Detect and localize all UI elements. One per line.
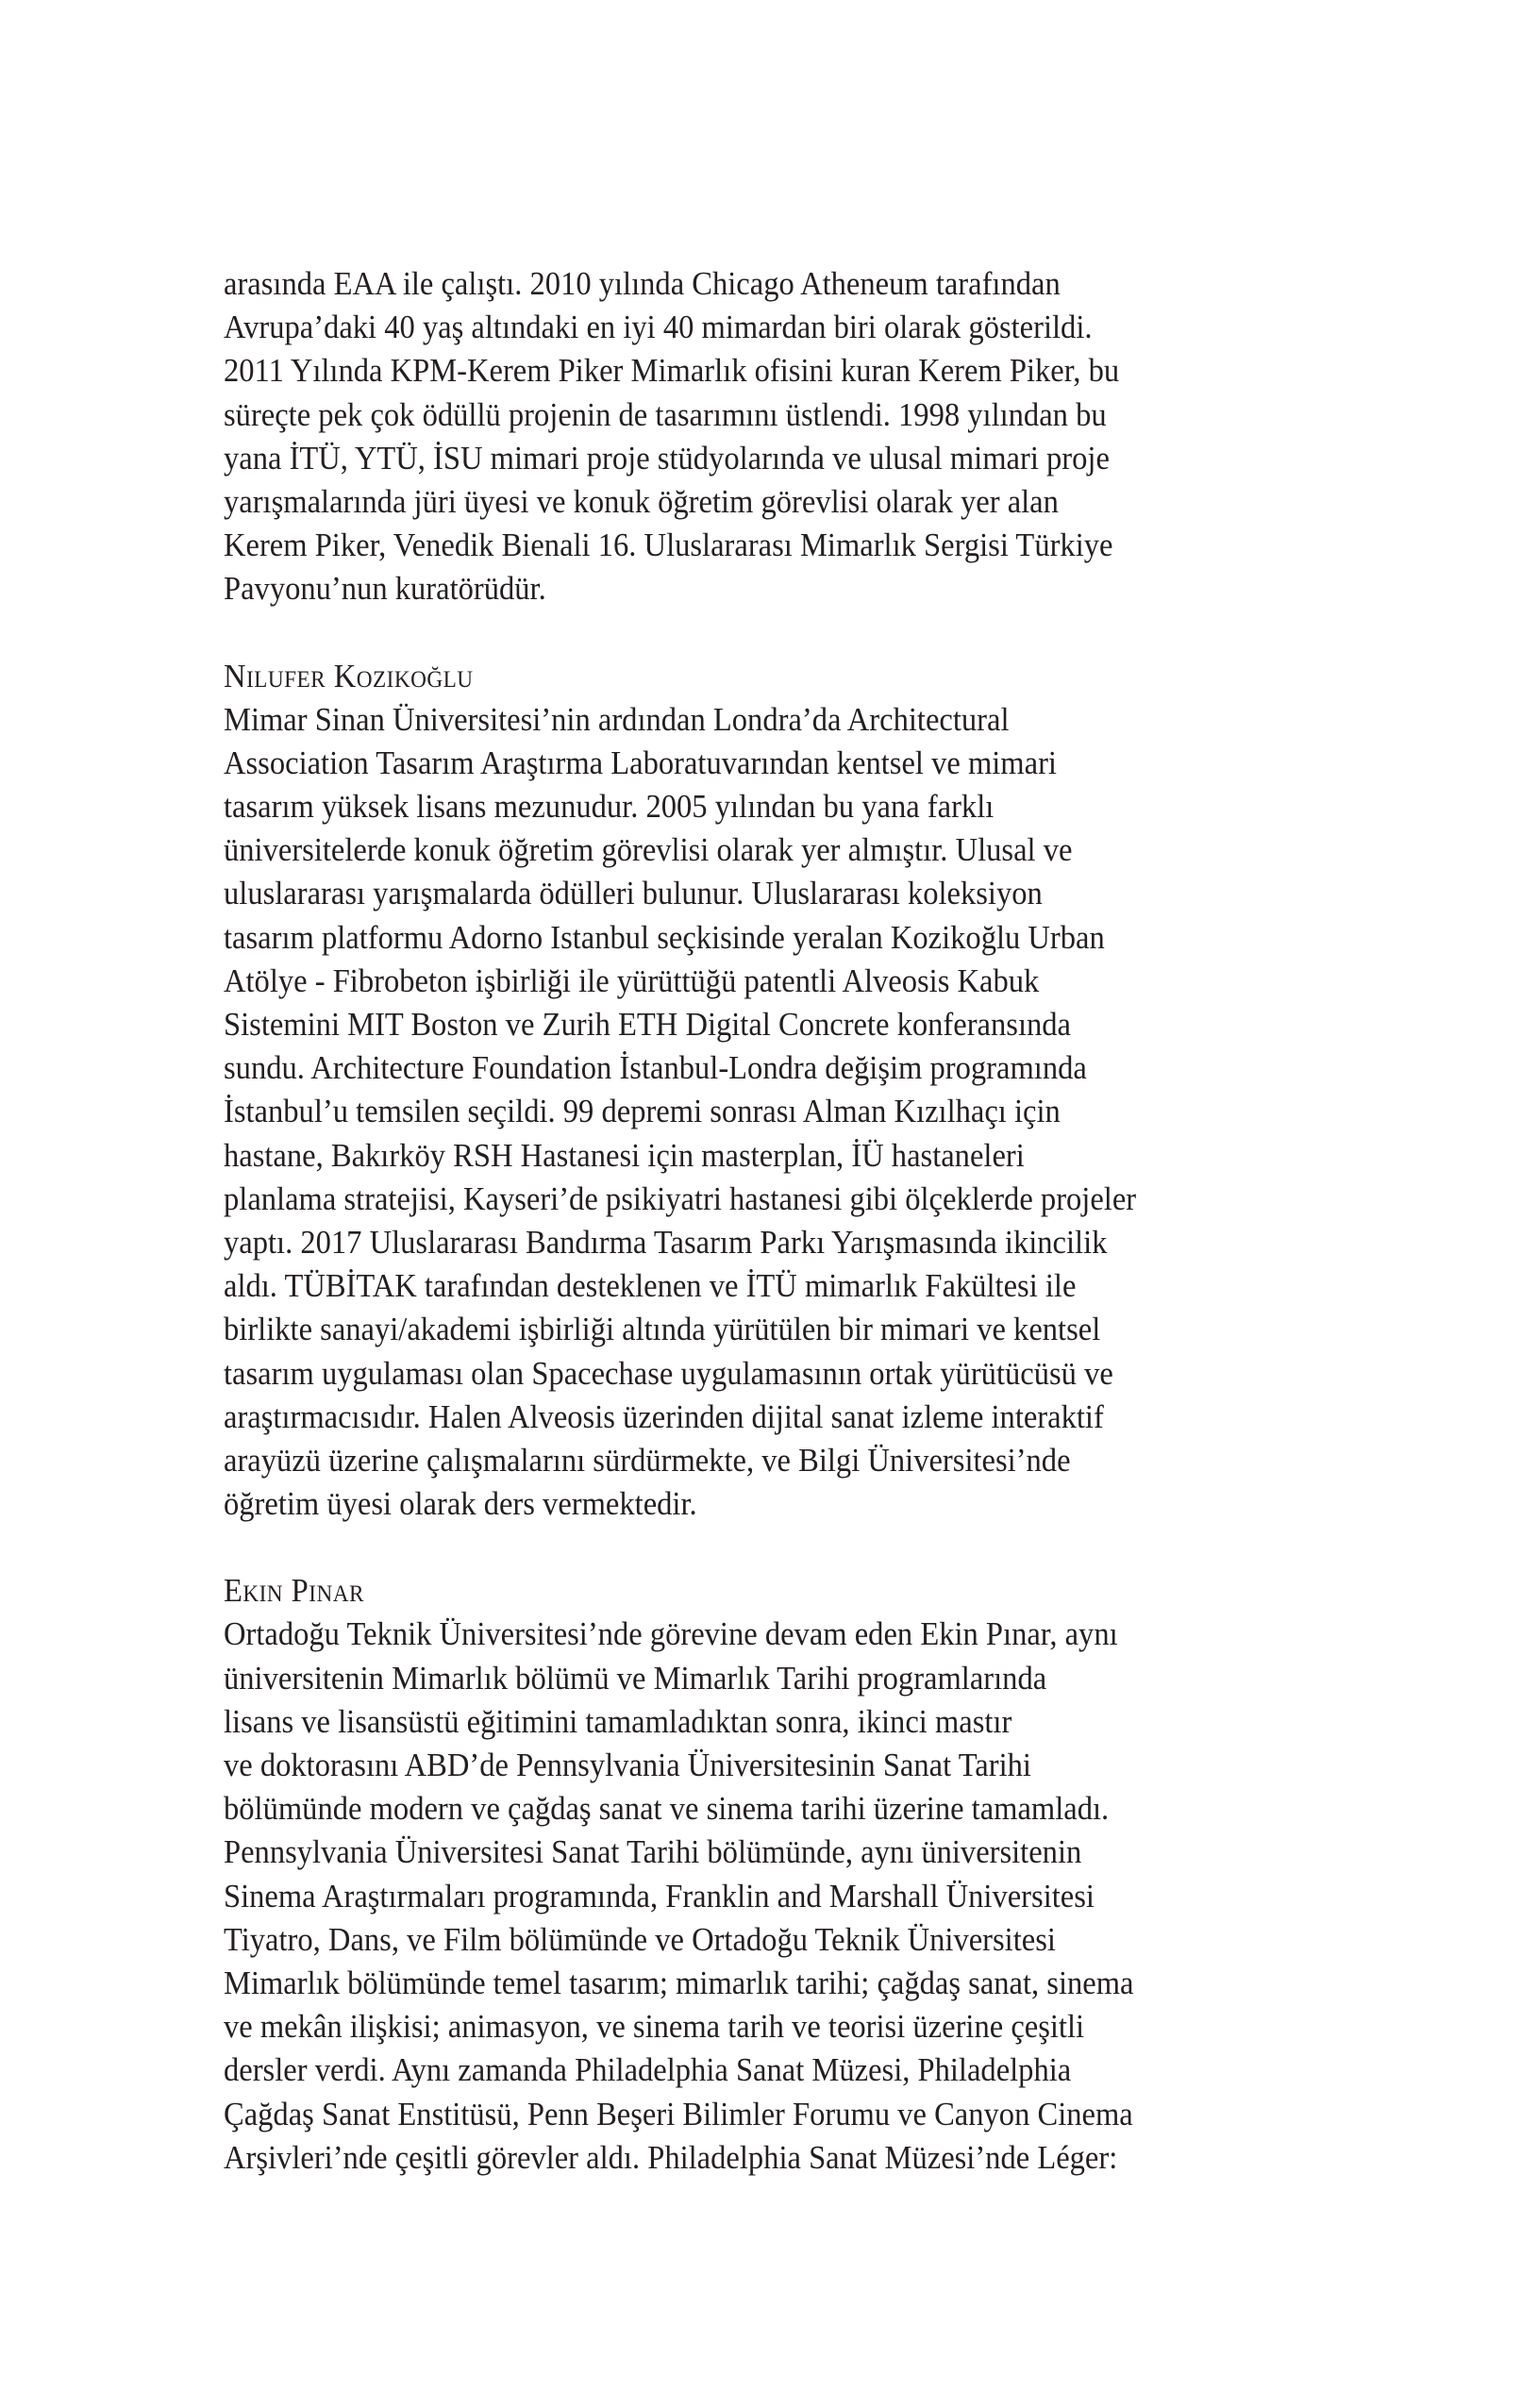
intro-paragraph: arasında EAA ile çalıştı. 2010 yılında C… <box>224 262 1356 611</box>
text-line: ve doktorasını ABD’de Pennsylvania Ünive… <box>224 1744 1277 1787</box>
text-line: Ortadoğu Teknik Üniversitesi’nde görevin… <box>224 1613 1277 1656</box>
text-line: Mimarlık bölümünde temel tasarım; mimarl… <box>224 1962 1277 2005</box>
text-line: Avrupa’daki 40 yaş altındaki en iyi 40 m… <box>224 306 1277 349</box>
text-line: Mimar Sinan Üniversitesi’nin ardından Lo… <box>224 698 1277 742</box>
text-line: Kerem Piker, Venedik Bienali 16. Uluslar… <box>224 524 1277 567</box>
text-line: aldı. TÜBİTAK tarafından desteklenen ve … <box>224 1264 1277 1308</box>
text-line: ve mekân ilişkisi; animasyon, ve sinema … <box>224 2005 1277 2048</box>
text-line: öğretim üyesi olarak ders vermektedir. <box>224 1482 1277 1526</box>
section-gap <box>224 611 1356 655</box>
text-line: sundu. Architecture Foundation İstanbul-… <box>224 1046 1277 1090</box>
text-line: tasarım platformu Adorno Istanbul seçkis… <box>224 916 1277 960</box>
text-line: Sinema Araştırmaları programında, Frankl… <box>224 1875 1277 1918</box>
text-line: yaptı. 2017 Uluslararası Bandırma Tasarı… <box>224 1221 1277 1264</box>
text-line: Atölye - Fibrobeton işbirliği ile yürütt… <box>224 960 1277 1003</box>
document-page: arasında EAA ile çalıştı. 2010 yılında C… <box>224 262 1356 2180</box>
text-line: planlama stratejisi, Kayseri’de psikiyat… <box>224 1178 1277 1221</box>
section-heading: Nilufer Kozikoğlu <box>224 655 1277 698</box>
text-line: hastane, Bakırköy RSH Hastanesi için mas… <box>224 1134 1277 1178</box>
text-line: birlikte sanayi/akademi işbirliği altınd… <box>224 1308 1277 1351</box>
text-line: arasında EAA ile çalıştı. 2010 yılında C… <box>224 262 1277 306</box>
section-heading: Ekin Pınar <box>224 1569 1277 1613</box>
text-line: Pennsylvania Üniversitesi Sanat Tarihi b… <box>224 1831 1277 1874</box>
text-line: dersler verdi. Aynı zamanda Philadelphia… <box>224 2048 1277 2092</box>
text-line: 2011 Yılında KPM-Kerem Piker Mimarlık of… <box>224 349 1277 393</box>
text-line: araştırmacısıdır. Halen Alveosis üzerind… <box>224 1396 1277 1439</box>
text-line: üniversitenin Mimarlık bölümü ve Mimarlı… <box>224 1657 1277 1700</box>
text-line: yarışmalarında jüri üyesi ve konuk öğret… <box>224 480 1277 524</box>
text-line: Tiyatro, Dans, ve Film bölümünde ve Orta… <box>224 1918 1277 1962</box>
bio-nilufer-kozikoglu: Nilufer Kozikoğlu Mimar Sinan Üniversite… <box>224 655 1356 1527</box>
text-line: tasarım yüksek lisans mezunudur. 2005 yı… <box>224 785 1277 828</box>
text-line: Sistemini MIT Boston ve Zurih ETH Digita… <box>224 1003 1277 1046</box>
text-line: tasarım uygulaması olan Spacechase uygul… <box>224 1352 1277 1396</box>
text-line: yana İTÜ, YTÜ, İSU mimari proje stüdyola… <box>224 437 1277 480</box>
text-line: Pavyonu’nun kuratörüdür. <box>224 567 1277 610</box>
text-line: Çağdaş Sanat Enstitüsü, Penn Beşeri Bili… <box>224 2093 1277 2136</box>
text-line: Association Tasarım Araştırma Laboratuva… <box>224 742 1277 785</box>
text-line: İstanbul’u temsilen seçildi. 99 depremi … <box>224 1090 1277 1133</box>
text-line: uluslararası yarışmalarda ödülleri bulun… <box>224 872 1277 915</box>
text-line: Arşivleri’nde çeşitli görevler aldı. Phi… <box>224 2136 1277 2180</box>
section-gap <box>224 1526 1356 1569</box>
bio-ekin-pinar: Ekin Pınar Ortadoğu Teknik Üniversitesi’… <box>224 1569 1356 2180</box>
text-line: süreçte pek çok ödüllü projenin de tasar… <box>224 393 1277 437</box>
text-line: arayüzü üzerine çalışmalarını sürdürmekt… <box>224 1439 1277 1482</box>
text-line: lisans ve lisansüstü eğitimini tamamladı… <box>224 1700 1277 1744</box>
text-line: üniversitelerde konuk öğretim görevlisi … <box>224 828 1277 872</box>
text-line: bölümünde modern ve çağdaş sanat ve sine… <box>224 1787 1277 1831</box>
